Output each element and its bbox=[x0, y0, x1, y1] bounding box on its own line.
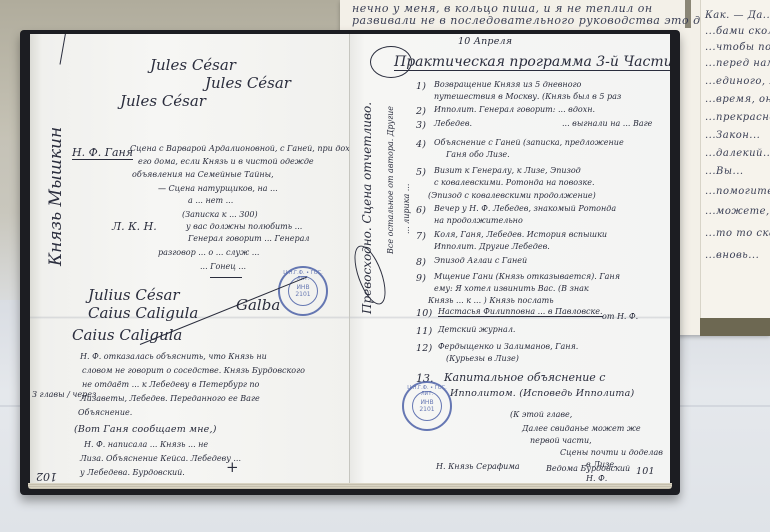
right-page: 10 Апреля Практическая программа 3-й Час… bbox=[350, 34, 670, 484]
item-text: Мщение Гани (Князь отказывается). Ганя bbox=[434, 272, 620, 281]
item-text: Ипполитом. (Исповедь Ипполита) bbox=[450, 388, 634, 399]
item-text: Лебедев. bbox=[434, 119, 472, 128]
stamp-ring-text: Ц.Н.Г.Ф. • ГОС. ЛИТ. bbox=[404, 385, 450, 397]
item-number: 6) bbox=[416, 205, 426, 216]
item-text: с ковалевскими. Ротонда на повозке. bbox=[434, 178, 595, 187]
page-edges bbox=[28, 483, 672, 489]
entry-line: а ... нет ... bbox=[188, 196, 233, 205]
entry-line: ... Гонец ... bbox=[200, 262, 246, 271]
item-text: Ипполит. Другие Лебедев. bbox=[434, 242, 550, 251]
stamp-text: 2101 bbox=[295, 291, 310, 298]
closing-note: первой части, bbox=[530, 436, 592, 445]
page-number: 101 bbox=[636, 466, 655, 477]
item-number: 4) bbox=[416, 139, 426, 150]
signature: Caius Caligula bbox=[88, 304, 198, 322]
back-doc-line: ...время, он... bbox=[705, 94, 770, 105]
entry-line: разговор ... о ... служ ... bbox=[158, 248, 259, 257]
background-document-page: Как. — Да... ...бами сколько же... ...чт… bbox=[700, 0, 770, 318]
entry-line: Н. Ф. написала ... Князь ... не bbox=[84, 440, 208, 449]
flourish bbox=[370, 46, 412, 78]
item-number: 11) bbox=[416, 326, 432, 337]
entry-line: (Вот Ганя сообщает мне,) bbox=[74, 424, 217, 435]
signature: Julius César bbox=[88, 286, 180, 304]
margin-note: ... лирика ... bbox=[402, 184, 411, 234]
item-text: путешествия в Москву. (Князь был в 5 раз bbox=[434, 92, 621, 101]
entry-line: — Сцена натурщиков, на ... bbox=[158, 184, 278, 193]
item-number: 5) bbox=[416, 167, 426, 178]
back-doc-line: развивали не в последовательного руковод… bbox=[352, 14, 722, 27]
margin-heading: Князь Мышкин bbox=[46, 127, 66, 266]
item-text: Настасья Филипповна ... в Павловске. bbox=[438, 307, 603, 317]
item-text: Капитальное объяснение с bbox=[444, 371, 605, 384]
signature: Caius Caligula bbox=[72, 326, 182, 344]
back-doc-line: ...можете, и все... bbox=[705, 206, 770, 217]
stamp-text: ИНВ bbox=[296, 284, 309, 291]
item-number: 2) bbox=[416, 106, 426, 117]
item-text: Объяснение с Ганей (записка, предложение bbox=[434, 138, 624, 147]
cross-mark: + bbox=[226, 458, 239, 476]
back-doc-line: ...далекий... bbox=[705, 148, 770, 159]
back-doc-line: ...то то сказать... bbox=[705, 228, 770, 239]
closing-note: Далее свиданье может же bbox=[522, 424, 641, 433]
back-doc-line: ...перед нами... bbox=[705, 58, 770, 69]
back-doc-line: ...Закон... bbox=[705, 130, 760, 141]
entry-line: словом не говорит о соседстве. Князь Бур… bbox=[82, 366, 305, 375]
entry-line: (Записка к ... 300) bbox=[182, 210, 258, 219]
item-text: Детский журнал. bbox=[438, 325, 515, 334]
left-page: Князь Мышкин Jules César Jules César Jul… bbox=[30, 34, 350, 484]
closing-note: Сцены почти и доделав bbox=[560, 448, 663, 457]
open-notebook: Князь Мышкин Jules César Jules César Jul… bbox=[20, 30, 680, 495]
signature: Jules César bbox=[150, 56, 236, 74]
item-text: на продолжительно bbox=[434, 216, 523, 225]
back-doc-line: ...помогите... bbox=[705, 186, 770, 197]
entry-line: Генерал говорит ... Генерал bbox=[188, 234, 310, 243]
entry-line: у вас должны полюбить ... bbox=[186, 222, 302, 231]
item-text: Князь ... к ... ) Князь послать bbox=[428, 296, 554, 305]
closing-note: (К этой главе, bbox=[510, 410, 572, 419]
item-number: 7) bbox=[416, 231, 426, 242]
divider-stroke bbox=[210, 277, 242, 278]
entry-line: Лизаветы, Лебедев. Переданного ее Ваге bbox=[80, 394, 260, 403]
item-text: от Н. Ф. bbox=[602, 312, 638, 321]
entry-line: у Лебедева. Бурдовский. bbox=[80, 468, 185, 477]
page-number: 102 bbox=[36, 470, 57, 483]
item-text: Визит к Генералу, к Лизе, Эпизод bbox=[434, 166, 581, 175]
entry-line: не отдаёт ... к Лебедеву в Петербург по bbox=[82, 380, 259, 389]
item-text: Фердыщенко и Залиманов, Ганя. bbox=[438, 342, 578, 351]
item-text: Возвращение Князя из 5 дневного bbox=[434, 80, 581, 89]
stamp-text: ИНВ bbox=[420, 399, 433, 406]
signoff: Ведома Бурдовский bbox=[546, 464, 630, 473]
item-number: 12) bbox=[416, 343, 432, 354]
item-number: 1) bbox=[416, 81, 426, 92]
item-text: Ипполит. Генерал говорит: ... вдохн. bbox=[434, 105, 595, 114]
signature: Jules César bbox=[120, 92, 206, 110]
entry-date: 10 Апреля bbox=[458, 36, 512, 47]
entry-line: Объяснение. bbox=[78, 408, 132, 417]
back-doc-line: ...прекрасно, а... bbox=[705, 112, 770, 123]
document-frame-bottom bbox=[700, 318, 770, 336]
item-text: ... выгнали на ... Ваге bbox=[562, 119, 652, 128]
margin-note: Все остальное от автора. Другие bbox=[386, 106, 395, 254]
item-number: 8) bbox=[416, 257, 426, 268]
back-doc-line: Как. — Да... bbox=[705, 10, 770, 21]
item-text: Коля, Ганя, Лебедев. История вспышки bbox=[434, 230, 607, 239]
signoff: Н. Князь Серафима bbox=[436, 462, 520, 471]
pen-stroke bbox=[60, 34, 77, 65]
library-stamp: Ц.Н.Г.Ф. • ГОС. ЛИТ. ИНВ 2101 bbox=[402, 381, 452, 431]
entry-line: Сцена с Варварой Ардалионовной, с Ганей,… bbox=[130, 144, 350, 153]
page-title: Практическая программа 3-й Части bbox=[394, 54, 670, 71]
back-doc-line: ...единого, Гайдар... bbox=[705, 76, 770, 87]
item-text: (Курьезы в Лизе) bbox=[446, 354, 519, 363]
item-text: (Эпизод с ковалевскими продолжение) bbox=[428, 191, 596, 200]
entry-label: Л. К. Н. bbox=[112, 220, 157, 233]
item-text: Ганя обо Лизе. bbox=[446, 150, 510, 159]
stamp-text: 2101 bbox=[419, 406, 434, 413]
item-number: 10) bbox=[416, 308, 432, 319]
item-text: ему: Я хотел извинить Вас. (В знак bbox=[434, 284, 589, 293]
back-doc-line: ...Вы... bbox=[705, 166, 744, 177]
stamp-ring-text: Ц.Н.Г.Ф. • ГОС. ЛИТ. bbox=[280, 270, 326, 282]
entry-line: Н. Ф. отказалась объяснить, что Князь ни bbox=[80, 352, 267, 361]
item-number: 9) bbox=[416, 273, 426, 284]
signoff: Н. Ф. bbox=[586, 474, 607, 483]
back-doc-line: ...чтобы после... bbox=[705, 42, 770, 53]
item-text: Вечер у Н. Ф. Лебедев, знакомый Ротонда bbox=[434, 204, 616, 213]
back-doc-line: ...бами сколько же... bbox=[705, 26, 770, 37]
item-number: 3) bbox=[416, 120, 426, 131]
entry-line: его дома, если Князь и в чистой одежде bbox=[138, 157, 314, 166]
entry-line: объявления на Семейные Тайны, bbox=[132, 170, 274, 179]
entry-label: Н. Ф. Ганя bbox=[72, 146, 133, 160]
signature: Jules César bbox=[205, 74, 291, 92]
signature: Galba bbox=[236, 296, 280, 314]
entry-line: Лиза. Объяснение Кейса. Лебедеву ... bbox=[80, 454, 241, 463]
library-stamp: Ц.Н.Г.Ф. • ГОС. ЛИТ. ИНВ 2101 bbox=[278, 266, 328, 316]
item-text: Эпизод Аглаи с Ганей bbox=[434, 256, 527, 265]
back-doc-line: ...вновь... bbox=[705, 250, 759, 261]
